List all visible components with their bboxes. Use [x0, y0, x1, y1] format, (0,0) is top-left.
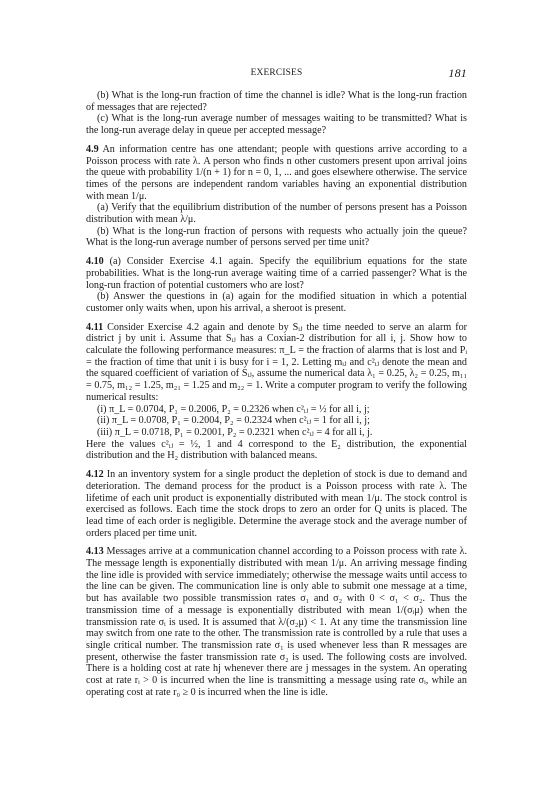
exercise-number: 4.11	[86, 322, 103, 333]
exercise-part-b: (b) What is the long-run fraction of per…	[86, 226, 467, 249]
exercise-4-9: 4.9 An information centre has one attend…	[86, 144, 467, 249]
exercise-4-13: 4.13 Messages arrive at a communication …	[86, 546, 467, 698]
running-header: EXERCISES 181	[86, 66, 467, 82]
result-iii: (iii) π_L = 0.0718, P₁ = 0.2001, P₂ = 0.…	[86, 427, 467, 439]
exercise-part-b: (b) Answer the questions in (a) again fo…	[86, 291, 467, 314]
exercise-4-12: 4.12 In an inventory system for a single…	[86, 469, 467, 539]
exercise-part-c: (c) What is the long-run average number …	[86, 113, 467, 136]
exercise-text: Messages arrive at a communication chann…	[86, 546, 467, 697]
exercise-4-11: 4.11 Consider Exercise 4.2 again and den…	[86, 322, 467, 462]
exercise-number: 4.9	[86, 144, 99, 155]
exercise-note: Here the values c²ᵢⱼ = ½, 1 and 4 corres…	[86, 439, 467, 462]
exercise-text: An information centre has one attendant;…	[86, 144, 467, 202]
exercise-text: (a) Consider Exercise 4.1 again. Specify…	[86, 256, 467, 290]
page-body: (b) What is the long-run fraction of tim…	[86, 90, 467, 698]
exercise-number: 4.10	[86, 256, 104, 267]
chapter-title: EXERCISES	[86, 68, 467, 78]
exercise-4-10: 4.10 (a) Consider Exercise 4.1 again. Sp…	[86, 256, 467, 315]
exercise-text: In an inventory system for a single prod…	[86, 469, 467, 539]
book-page: EXERCISES 181 (b) What is the long-run f…	[86, 66, 467, 698]
result-i: (i) π_L = 0.0704, P₁ = 0.2006, P₂ = 0.23…	[86, 404, 467, 416]
result-ii: (ii) π_L = 0.0708, P₁ = 0.2004, P₂ = 0.2…	[86, 415, 467, 427]
exercise-text: Consider Exercise 4.2 again and denote b…	[86, 322, 467, 403]
exercise-number: 4.12	[86, 469, 104, 480]
exercise-part-a: (a) Verify that the equilibrium distribu…	[86, 202, 467, 225]
exercise-number: 4.13	[86, 546, 104, 557]
page-number: 181	[448, 66, 467, 81]
exercise-part-b: (b) What is the long-run fraction of tim…	[86, 90, 467, 113]
